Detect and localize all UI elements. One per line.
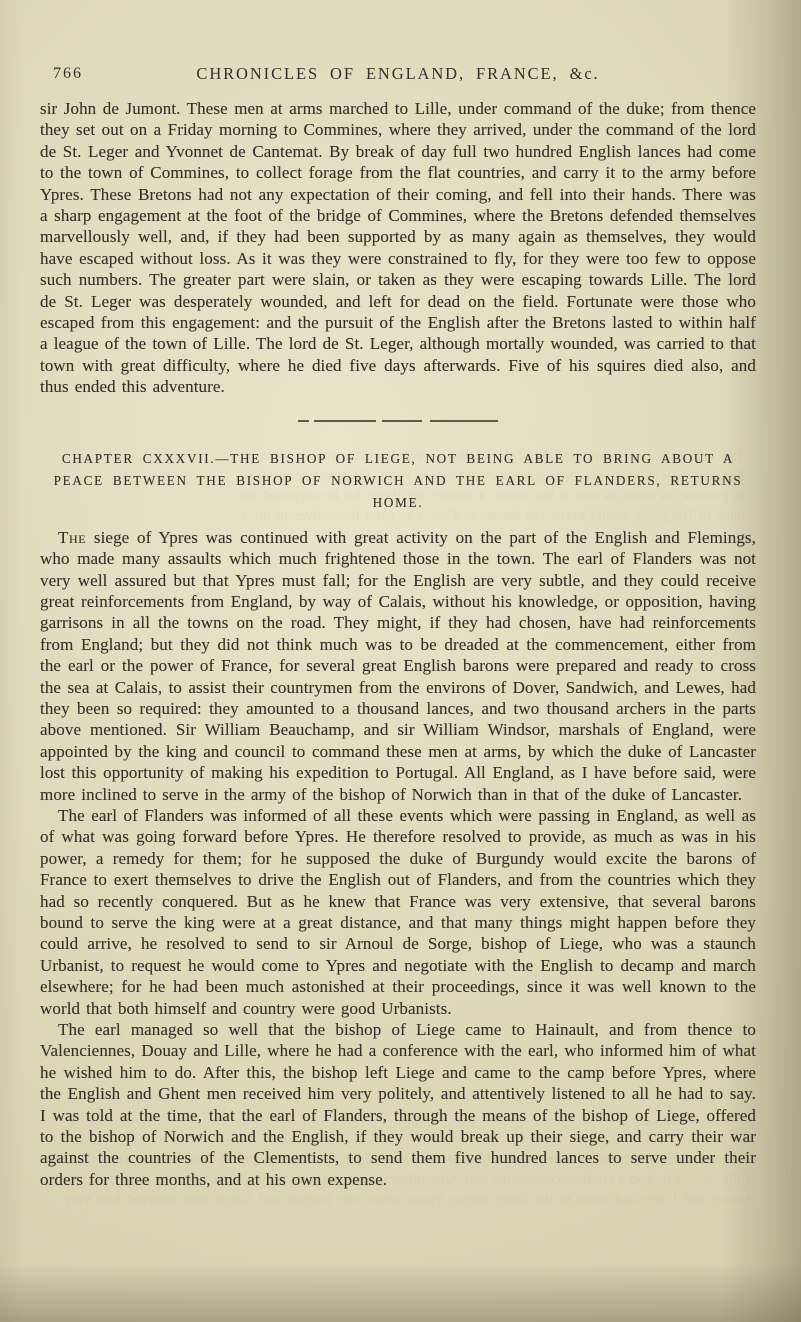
page-header: 766 CHRONICLES OF ENGLAND, FRANCE, &c. — [40, 64, 756, 88]
section-divider-rule — [298, 420, 498, 422]
body-paragraph: The earl of Flanders was informed of all… — [40, 805, 756, 1019]
paragraph-continuation: sir John de Jumont. These men at arms ma… — [40, 98, 756, 398]
body-paragraph: The siege of Ypres was continued with gr… — [40, 527, 756, 805]
running-title: CHRONICLES OF ENGLAND, FRANCE, &c. — [40, 64, 756, 84]
page-text-block: sir John de Jumont. These men at arms ma… — [40, 98, 756, 1190]
book-page: 766 CHRONICLES OF ENGLAND, FRANCE, &c. s… — [0, 0, 801, 1322]
page-number: 766 — [53, 65, 83, 83]
paragraph-lead-word: The — [58, 528, 86, 547]
paragraph-text: siege of Ypres was continued with great … — [40, 528, 756, 804]
chapter-heading: CHAPTER CXXXVII.—THE BISHOP OF LIEGE, NO… — [42, 448, 754, 514]
body-paragraph: The earl managed so well that the bishop… — [40, 1019, 756, 1190]
